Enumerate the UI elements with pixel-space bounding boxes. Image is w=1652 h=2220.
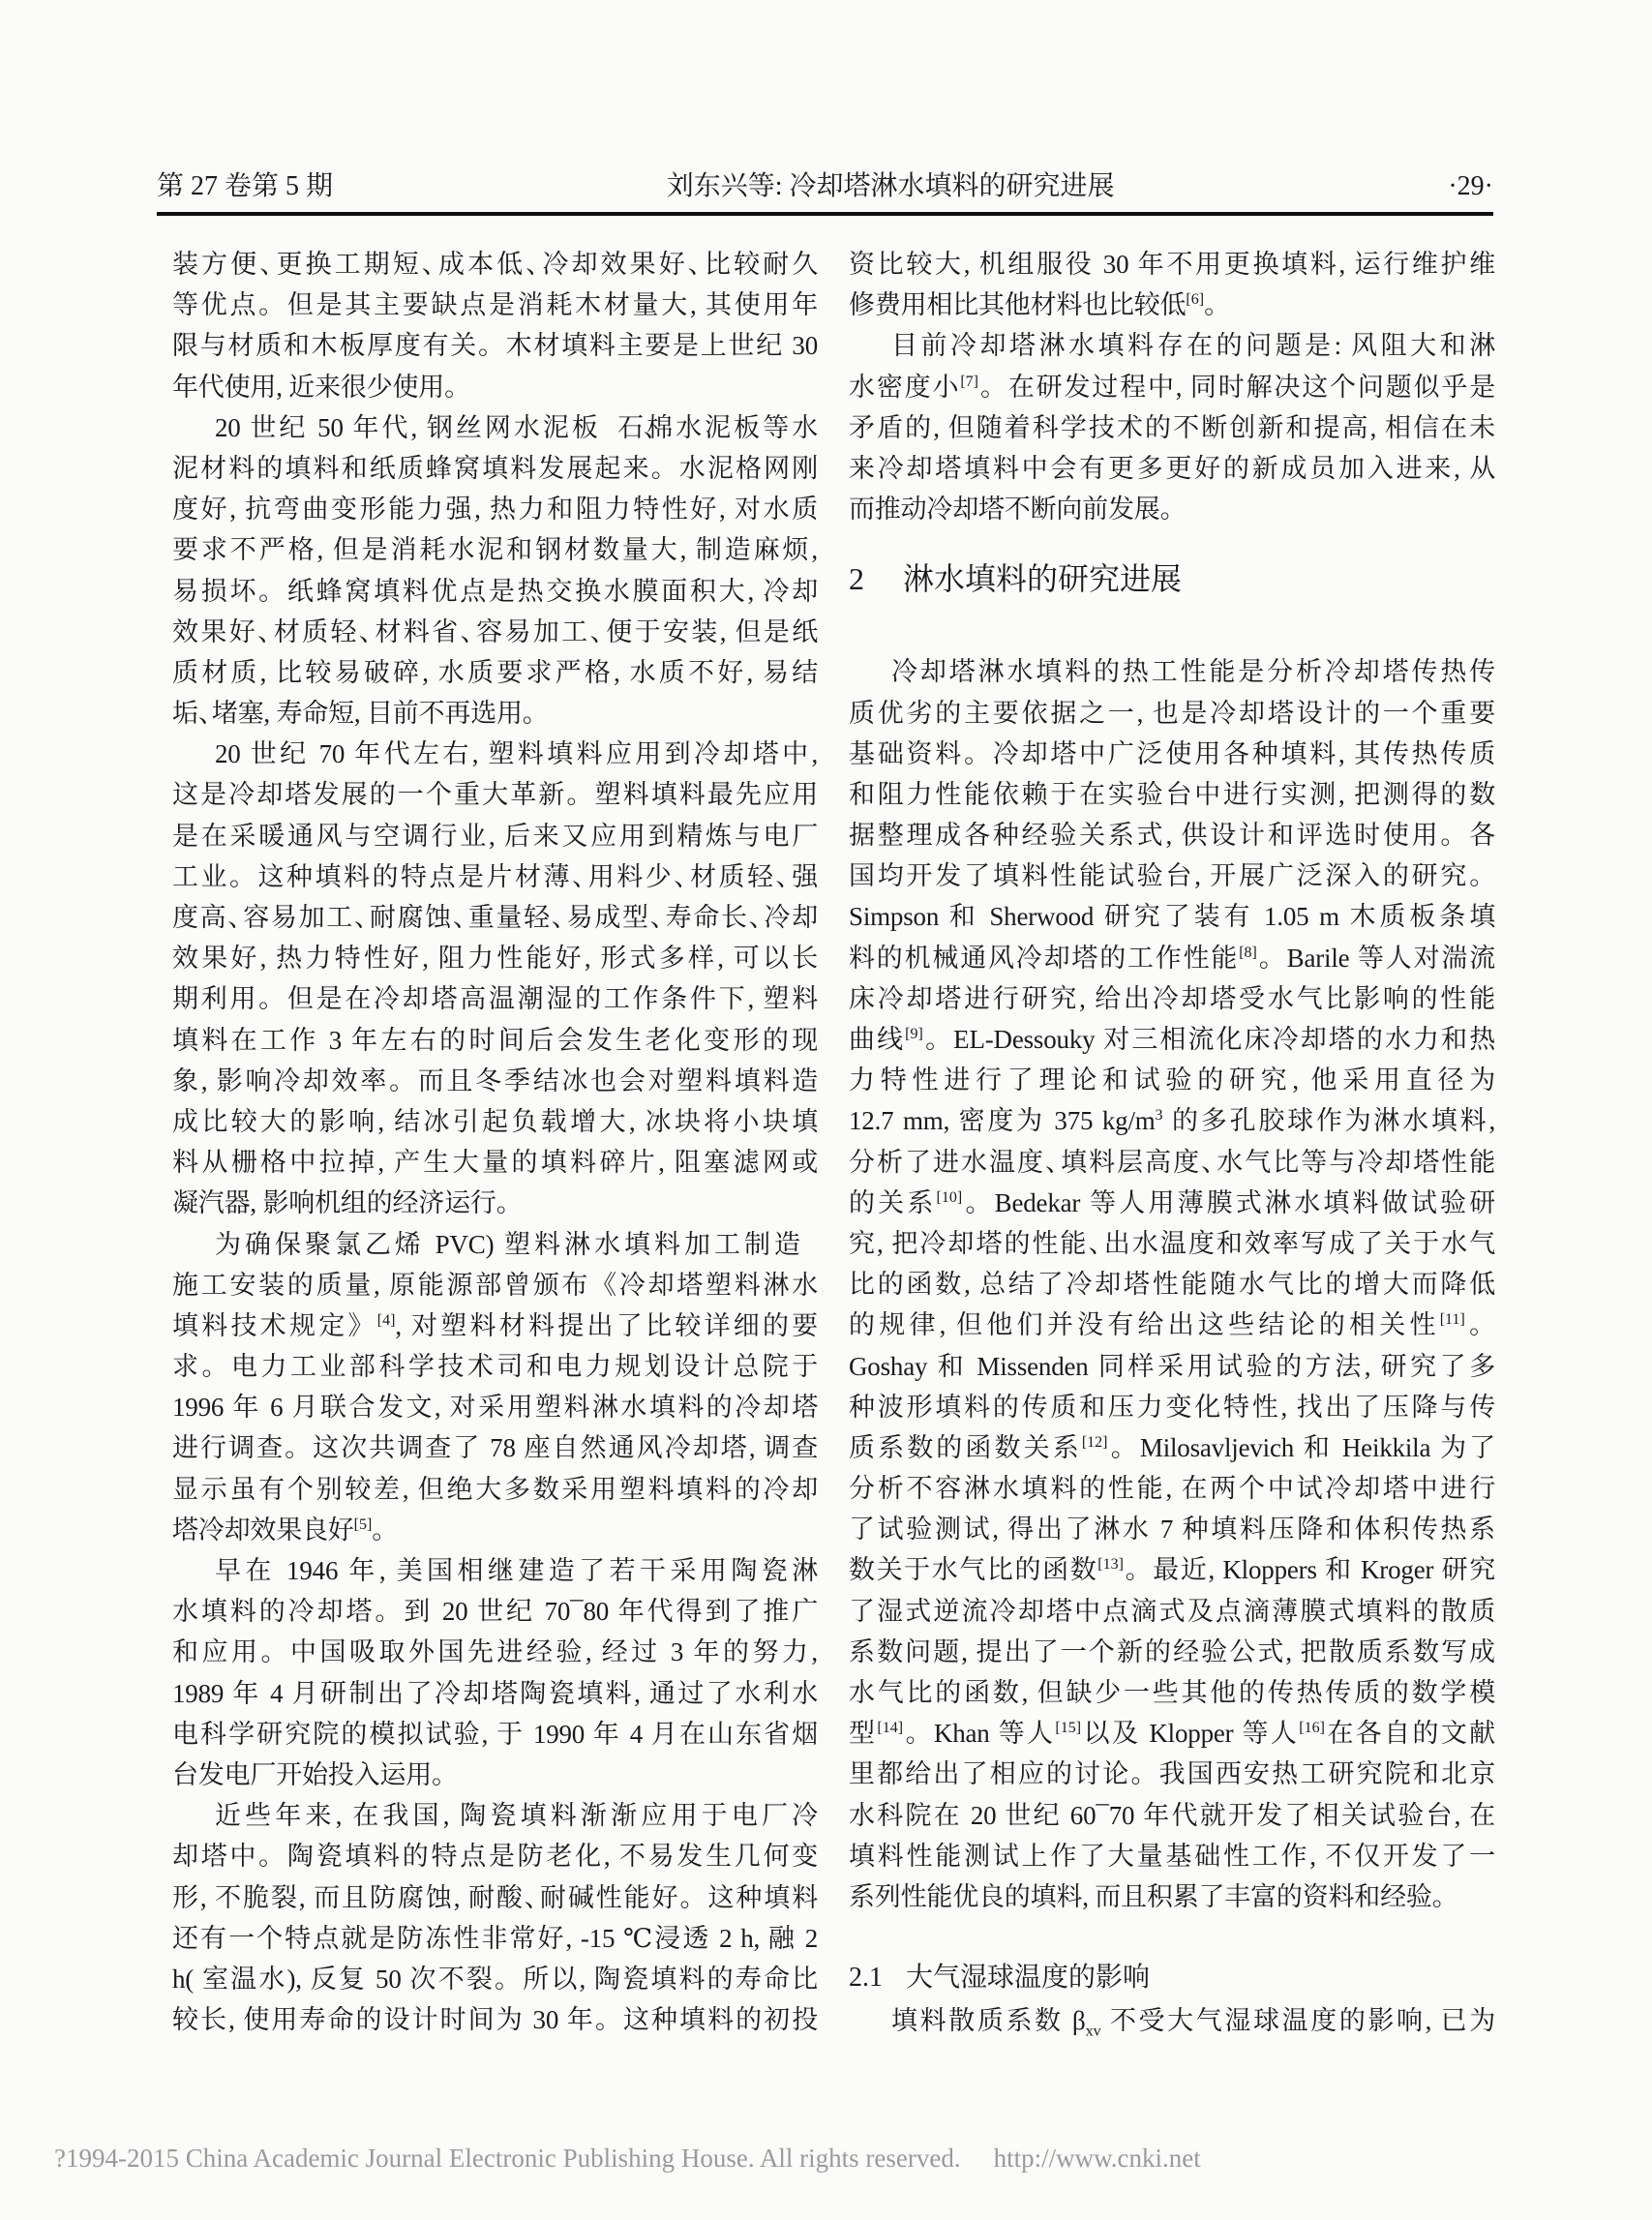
- paragraph: 为确保聚氯乙烯 PVC) 塑料淋水填料加工制造、施工安装的质量, 原能源部曾颁布…: [172, 1224, 818, 1551]
- text-line: 水气比的函数, 但缺少一些其他的传热传质的数学模: [849, 1672, 1495, 1713]
- text-line: 却塔中。陶瓷填料的特点是防老化, 不易发生几何变: [172, 1836, 818, 1876]
- text-line: 这是冷却塔发展的一个重大革新。塑料填料最先应用: [172, 774, 818, 815]
- text-line: 分析不容淋水填料的性能, 在两个中试冷却塔中进行: [849, 1468, 1495, 1509]
- text-line: 系数问题, 提出了一个新的经验公式, 把散质系数写成: [849, 1632, 1495, 1672]
- text-line: 填料性能测试上作了大量基础性工作, 不仅开发了一: [849, 1836, 1495, 1876]
- paragraph: 20 世纪 70 年代左右, 塑料填料应用到冷却塔中,这是冷却塔发展的一个重大革…: [172, 734, 818, 1223]
- section-number: 2: [849, 561, 864, 596]
- section-heading: 2淋水填料的研究进展: [849, 558, 1495, 599]
- paragraph: 资比较大, 机组服役 30 年不用更换填料, 运行维护维修费用相比其他材料也比较…: [849, 244, 1495, 325]
- text-line: 型[14]。Khan 等人[15]以及 Klopper 等人[16]在各自的文献: [849, 1713, 1495, 1754]
- paragraph: 近些年来, 在我国, 陶瓷填料渐渐应用于电厂冷却塔中。陶瓷填料的特点是防老化, …: [172, 1795, 818, 2040]
- text-line: 种波形填料的传质和压力变化特性, 找出了压降与传: [849, 1387, 1495, 1427]
- running-title: 刘东兴等: 冷却塔淋水填料的研究进展: [333, 170, 1448, 203]
- cnki-url: http://www.cnki.net: [994, 2143, 1201, 2174]
- text-line: 效果好、材质轻、材料省、容易加工、便于安装, 但是纸: [172, 612, 818, 652]
- text-line: 填料散质系数 βxv 不受大气湿球温度的影响, 已为: [849, 2000, 1495, 2041]
- text-line: 填料技术规定》[4], 对塑料材料提出了比较详细的要: [172, 1305, 818, 1346]
- text-line: 料从栅格中拉掉, 产生大量的填料碎片, 阻塞滤网或: [172, 1142, 818, 1183]
- text-line: 象, 影响冷却效率。而且冬季结冰也会对塑料填料造: [172, 1061, 818, 1101]
- text-line: 电科学研究院的模拟试验, 于 1990 年 4 月在山东省烟: [172, 1714, 818, 1755]
- text-line: 质优劣的主要依据之一, 也是冷却塔设计的一个重要: [849, 693, 1495, 734]
- text-line: 显示虽有个别较差, 但绝大多数采用塑料填料的冷却: [172, 1469, 818, 1510]
- subsection-number: 2.1: [849, 1963, 883, 1993]
- text-line: 质材质, 比较易破碎, 水质要求严格, 水质不好, 易结: [172, 652, 818, 693]
- paragraph: 目前冷却塔淋水填料存在的问题是: 风阻大和淋水密度小[7]。在研发过程中, 同时…: [849, 325, 1495, 529]
- section-title: 淋水填料的研究进展: [903, 561, 1182, 596]
- text-line: 年代使用, 近来很少使用。: [172, 367, 818, 407]
- text-line: 20 世纪 70 年代左右, 塑料填料应用到冷却塔中,: [172, 734, 818, 774]
- text-line: 期利用。但是在冷却塔高温潮湿的工作条件下, 塑料: [172, 978, 818, 1019]
- text-line: 力特性进行了理论和试验的研究, 他采用直径为: [849, 1060, 1495, 1100]
- text-line: 料的机械通风冷却塔的工作性能[8]。Barile 等人对湍流: [849, 938, 1495, 978]
- text-line: 国均开发了填料性能试验台, 开展广泛深入的研究。: [849, 855, 1495, 896]
- text-line: 了湿式逆流冷却塔中点滴式及点滴薄膜式填料的散质: [849, 1591, 1495, 1632]
- text-line: 求。电力工业部科学技术司和电力规划设计总院于: [172, 1346, 818, 1387]
- text-line: 填料在工作 3 年左右的时间后会发生老化变形的现: [172, 1020, 818, 1061]
- text-line: 分析了进水温度、填料层高度、水气比等与冷却塔性能: [849, 1142, 1495, 1183]
- text-line: 曲线[9]。EL-Dessouky 对三相流化床冷却塔的水力和热: [849, 1019, 1495, 1060]
- text-line: 比的函数, 总结了冷却塔性能随水气比的增大而降低: [849, 1264, 1495, 1305]
- right-column-text-top: 资比较大, 机组服役 30 年不用更换填料, 运行维护维修费用相比其他材料也比较…: [849, 244, 1495, 529]
- page-number: ·29·: [1448, 170, 1493, 203]
- text-line: 塔冷却效果良好[5]。: [172, 1510, 818, 1550]
- right-column: 资比较大, 机组服役 30 年不用更换填料, 运行维护维修费用相比其他材料也比较…: [849, 244, 1495, 2041]
- text-line: 1996 年 6 月联合发文, 对采用塑料淋水填料的冷却塔: [172, 1387, 818, 1427]
- text-line: 较长, 使用寿命的设计时间为 30 年。这种填料的初投: [172, 1999, 818, 2040]
- left-column: 装方便、更换工期短、成本低、冷却效果好、比较耐久等优点。但是其主要缺点是消耗木材…: [172, 244, 818, 2040]
- paragraph: 装方便、更换工期短、成本低、冷却效果好、比较耐久等优点。但是其主要缺点是消耗木材…: [172, 244, 818, 407]
- page-footer: ?1994-2015 China Academic Journal Electr…: [54, 2143, 1201, 2174]
- right-column-text-subsection: 填料散质系数 βxv 不受大气湿球温度的影响, 已为: [849, 2000, 1495, 2041]
- text-line: 进行调查。这次共调查了 78 座自然通风冷却塔, 调查: [172, 1427, 818, 1468]
- text-line: 里都给出了相应的讨论。我国西安热工研究院和北京: [849, 1754, 1495, 1794]
- text-line: 究, 把冷却塔的性能、出水温度和效率写成了关于水气: [849, 1223, 1495, 1264]
- text-line: 成比较大的影响, 结冰引起负载增大, 冰块将小块填: [172, 1101, 818, 1142]
- text-line: 质系数的函数关系[12]。Milosavljevich 和 Heikkila 为…: [849, 1427, 1495, 1468]
- text-line: 12.7 mm, 密度为 375 kg/m3 的多孔胶球作为淋水填料,: [849, 1100, 1495, 1141]
- text-line: 形, 不脆裂, 而且防腐蚀, 耐酸、耐碱性能好。这种填料: [172, 1877, 818, 1918]
- text-line: 垢、堵塞, 寿命短, 目前不再选用。: [172, 693, 818, 734]
- text-line: 限与材质和木板厚度有关。木材填料主要是上世纪 30: [172, 325, 818, 366]
- text-line: 而推动冷却塔不断向前发展。: [849, 489, 1495, 529]
- right-column-text-section: 冷却塔淋水填料的热工性能是分析冷却塔传热传质优劣的主要依据之一, 也是冷却塔设计…: [849, 651, 1495, 1917]
- text-line: Goshay 和 Missenden 同样采用试验的方法, 研究了多: [849, 1346, 1495, 1387]
- text-line: 等优点。但是其主要缺点是消耗木材量大, 其使用年: [172, 285, 818, 325]
- text-line: 水密度小[7]。在研发过程中, 同时解决这个问题似乎是: [849, 367, 1495, 407]
- text-line: 早在 1946 年, 美国相继建造了若干采用陶瓷淋: [172, 1550, 818, 1591]
- text-line: 矛盾的, 但随着科学技术的不断创新和提高, 相信在未: [849, 407, 1495, 448]
- text-line: 床冷却塔进行研究, 给出冷却塔受水气比影响的性能: [849, 978, 1495, 1019]
- text-line: 是在采暖通风与空调行业, 后来又应用到精炼与电厂: [172, 816, 818, 856]
- text-line: 的关系[10]。Bedekar 等人用薄膜式淋水填料做试验研: [849, 1183, 1495, 1223]
- copyright-notice: ?1994-2015 China Academic Journal Electr…: [54, 2143, 961, 2174]
- text-line: 修费用相比其他材料也比较低[6]。: [849, 285, 1495, 325]
- text-line: 系列性能优良的填料, 而且积累了丰富的资料和经验。: [849, 1876, 1495, 1917]
- text-line: Simpson 和 Sherwood 研究了装有 1.05 m 木质板条填: [849, 896, 1495, 937]
- text-line: 凝汽器, 影响机组的经济运行。: [172, 1183, 818, 1223]
- text-line: 要求不严格, 但是消耗水泥和钢材数量大, 制造麻烦,: [172, 529, 818, 570]
- text-line: h( 室温水), 反复 50 次不裂。所以, 陶瓷填料的寿命比: [172, 1959, 818, 1999]
- text-line: 资比较大, 机组服役 30 年不用更换填料, 运行维护维: [849, 244, 1495, 285]
- text-line: 度高、容易加工、耐腐蚀、重量轻、易成型、寿命长、冷却: [172, 897, 818, 938]
- journal-page: 第 27 卷第 5 期 刘东兴等: 冷却塔淋水填料的研究进展 ·29· 装方便、…: [0, 0, 1652, 2220]
- text-line: 装方便、更换工期短、成本低、冷却效果好、比较耐久: [172, 244, 818, 285]
- paragraph: 早在 1946 年, 美国相继建造了若干采用陶瓷淋水填料的冷却塔。到 20 世纪…: [172, 1550, 818, 1795]
- text-line: 和阻力性能依赖于在实验台中进行实测, 把测得的数: [849, 774, 1495, 815]
- text-line: 泥材料的填料和纸质蜂窝填料发展起来。水泥格网刚: [172, 448, 818, 489]
- subsection-heading: 2.1大气湿球温度的影响: [849, 1958, 1495, 1998]
- text-line: 施工安装的质量, 原能源部曾颁布《冷却塔塑料淋水: [172, 1265, 818, 1305]
- text-line: 度好, 抗弯曲变形能力强, 热力和阻力特性好, 对水质: [172, 489, 818, 529]
- text-line: 据整理成各种经验关系式, 供设计和评选时使用。各: [849, 815, 1495, 855]
- text-line: 台发电厂开始投入运用。: [172, 1755, 818, 1795]
- text-line: 为确保聚氯乙烯 PVC) 塑料淋水填料加工制造、: [172, 1224, 818, 1265]
- text-line: 1989 年 4 月研制出了冷却塔陶瓷填料, 通过了水利水: [172, 1673, 818, 1714]
- text-line: 近些年来, 在我国, 陶瓷填料渐渐应用于电厂冷: [172, 1795, 818, 1836]
- text-line: 20 世纪 50 年代, 钢丝网水泥板、石棉水泥板等水: [172, 407, 818, 448]
- text-line: 来冷却塔填料中会有更多更好的新成员加入进来, 从: [849, 448, 1495, 489]
- text-line: 了试验测试, 得出了淋水 7 种填料压降和体积传热系: [849, 1509, 1495, 1549]
- text-line: 效果好, 热力特性好, 阻力性能好, 形式多样, 可以长: [172, 938, 818, 978]
- text-line: 工业。这种填料的特点是片材薄、用料少、材质轻、强: [172, 856, 818, 897]
- text-line: 数关于水气比的函数[13]。最近, Kloppers 和 Kroger 研究: [849, 1549, 1495, 1590]
- header-rule: [157, 212, 1493, 216]
- text-line: 水科院在 20 世纪 60¯70 年代就开发了相关试验台, 在: [849, 1795, 1495, 1836]
- paragraph: 填料散质系数 βxv 不受大气湿球温度的影响, 已为: [849, 2000, 1495, 2041]
- paragraph: 冷却塔淋水填料的热工性能是分析冷却塔传热传质优劣的主要依据之一, 也是冷却塔设计…: [849, 651, 1495, 1917]
- page-header: 第 27 卷第 5 期 刘东兴等: 冷却塔淋水填料的研究进展 ·29·: [157, 170, 1493, 203]
- text-line: 和应用。中国吸取外国先进经验, 经过 3 年的努力,: [172, 1632, 818, 1672]
- left-column-text: 装方便、更换工期短、成本低、冷却效果好、比较耐久等优点。但是其主要缺点是消耗木材…: [172, 244, 818, 2040]
- journal-issue: 第 27 卷第 5 期: [157, 170, 333, 203]
- subsection-title: 大气湿球温度的影响: [906, 1963, 1150, 1993]
- text-line: 还有一个特点就是防冻性非常好, -15 ℃浸透 2 h, 融 2: [172, 1918, 818, 1959]
- text-line: 的规律, 但他们并没有给出这些结论的相关性[11]。: [849, 1305, 1495, 1345]
- text-line: 冷却塔淋水填料的热工性能是分析冷却塔传热传: [849, 651, 1495, 692]
- text-line: 基础资料。冷却塔中广泛使用各种填料, 其传热传质: [849, 734, 1495, 774]
- paragraph: 20 世纪 50 年代, 钢丝网水泥板、石棉水泥板等水泥材料的填料和纸质蜂窝填料…: [172, 407, 818, 735]
- text-line: 易损坏。纸蜂窝填料优点是热交换水膜面积大, 冷却: [172, 571, 818, 612]
- text-line: 目前冷却塔淋水填料存在的问题是: 风阻大和淋: [849, 325, 1495, 366]
- text-line: 水填料的冷却塔。到 20 世纪 70¯80 年代得到了推广: [172, 1591, 818, 1632]
